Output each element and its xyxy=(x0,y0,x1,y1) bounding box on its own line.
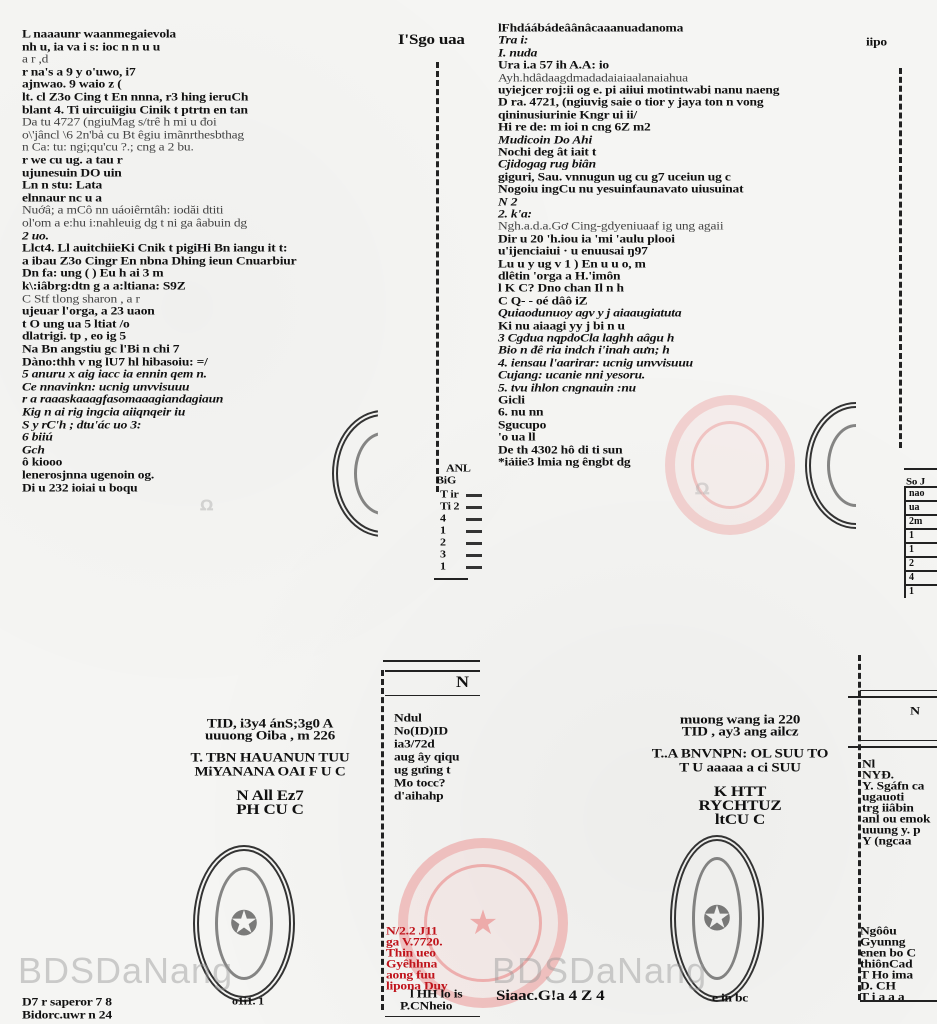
signature-line: ltCU C xyxy=(640,814,840,826)
right-table-cell: nao xyxy=(906,486,937,500)
text-line: 6. nu nn xyxy=(498,406,543,418)
left-small-table: ANL BiG T irTi 241231 xyxy=(436,462,482,582)
scanned-document-page: L naaaunr waanmegaievolanh u, ia va i s:… xyxy=(0,0,937,1024)
text-line: Ln n stu: Lata xyxy=(22,179,102,191)
text-line: Lu u y ug v 1 ) En u u o, m xyxy=(498,258,646,270)
middle-box-top-rule xyxy=(383,660,480,662)
signature-line: T U aaaaa a ci SUU xyxy=(640,762,840,774)
middle-box-footer-0: l HH lo is xyxy=(410,988,462,1000)
text-line: ujunesuin DO uin xyxy=(22,167,122,179)
text-line: lt. cl Z3o Cing t En nnna, r3 hing ieruC… xyxy=(22,91,248,103)
table-rule xyxy=(466,506,482,509)
signature-line: K HTT xyxy=(640,786,840,798)
left-table-header-0: ANL xyxy=(446,462,471,474)
left-signature-footer-0: D7 r saperor 7 8 xyxy=(22,996,112,1008)
left-table-cell: 1 xyxy=(440,524,446,536)
middle-box-left-edge xyxy=(381,670,384,1010)
text-line: 5. tvu ihlon cngnauin :nu xyxy=(498,382,636,394)
text-line: 4. iensau l'aarirar: ucnig unvvisuuu xyxy=(498,357,693,369)
signature-line: MiYANANA OAI F U C xyxy=(170,766,370,778)
text-line: Ndul xyxy=(394,712,422,724)
left-signature-footer-right: o1i1. 1 xyxy=(232,995,264,1007)
table-rule xyxy=(466,542,482,545)
signature-line: T. TBN HAUANUN TUU xyxy=(170,752,370,764)
text-line: aug ây qiqu xyxy=(394,751,459,763)
text-line: t O ung ua 5 ltiat /o xyxy=(22,318,130,330)
text-line: lFhdáábádeâânâcaaanuadanoma xyxy=(498,22,683,34)
text-line: Gch xyxy=(22,444,45,456)
text-line: *iảiie3 lmia ng êngbt dg xyxy=(498,456,630,468)
text-line: a r ,d xyxy=(22,53,48,65)
text-line: ug gưing t xyxy=(394,764,450,776)
text-line: l K C? Dno chan Il n h xyxy=(498,282,624,294)
text-line: L naaaunr waanmegaievola xyxy=(22,28,176,40)
signature-line: uuuong Oiba , m 226 xyxy=(170,730,370,742)
right-fold-line xyxy=(899,68,902,448)
middle-box-footer-1: P.CNheio xyxy=(400,1000,452,1012)
text-line: ujeuar l'orga, a 23 uaon xyxy=(22,305,155,317)
text-line: lenerosjnna ugenoin og. xyxy=(22,469,154,481)
text-line: Ki nu aiaagi yy j bi n u xyxy=(498,320,625,332)
text-line: Ayh.hdâdaagdmadadaiaiaalanaiahua xyxy=(498,72,688,84)
text-line: ô kiooo xyxy=(22,456,62,468)
text-line: Quiaodunuoy agv y j aiaaugiatuta xyxy=(498,307,681,319)
text-line: d'aihahp xyxy=(394,790,443,802)
signature-line: TID , ay3 ang ailcz xyxy=(640,726,840,738)
state-emblem-icon: ✪ xyxy=(230,904,259,944)
far-right-box-title: N xyxy=(910,706,920,718)
text-line: C Q- - oé dâô iZ xyxy=(498,295,587,307)
text-line: nh u, ia va i s: ioc n n u u xyxy=(22,41,160,53)
watermark-left: BDSDaNang xyxy=(18,950,233,992)
text-line: I. nuda xyxy=(498,47,537,59)
text-line: dlatrigi. tp , eo ig 5 xyxy=(22,330,126,342)
text-line: 2. k'a: xyxy=(498,208,532,220)
text-line: Na Bn angstiu gc l'Bi n chi 7 xyxy=(22,343,179,355)
text-line: Bio n đê ria indch i'inah aưn; h xyxy=(498,344,670,356)
text-line: o\'jâncl \6 2n'bả cu Bt êgiu imãnrthesbt… xyxy=(22,129,244,141)
text-line: C Stf tlong sharon , a r xyxy=(22,293,140,305)
text-line: a ibau Z3o Cingr En nbna Dhing ieun Cnua… xyxy=(22,255,296,267)
table-rule xyxy=(466,530,482,533)
text-line: 3 Cgdua nqpdoCla laghh aâgu h xyxy=(498,332,674,344)
text-line: Dn fa: ung ( ) Eu h ai 3 m xyxy=(22,267,163,279)
text-line: 5 anuru x aig iacc ia ennin qem n. xyxy=(22,368,207,380)
text-line: Ngh.a.d.a.Gơ Cing-gdyeniuaaf ig ung agai… xyxy=(498,220,723,232)
text-line: k\:iâbrg:dtn g a a:ltiana: S9Z xyxy=(22,280,186,292)
signature-line: N All Ez7 xyxy=(170,790,370,802)
text-line: Sgucupo xyxy=(498,419,546,431)
left-table-cell: Ti 2 xyxy=(440,500,459,512)
text-line: Cujang: ucanie nni yesoru. xyxy=(498,369,645,381)
text-line: Nochi deg ât iait t xyxy=(498,146,596,158)
text-line: Nogoiu ingCu nu yesuinfaunavato uiusuina… xyxy=(498,183,743,195)
text-line: u'ijenciaiui · u enuusai ŋ97 xyxy=(498,245,648,257)
left-table-cell: 3 xyxy=(440,548,446,560)
watermark-right: BDSDaNang xyxy=(492,950,707,992)
table-rule xyxy=(466,566,482,569)
text-line: Nuớâ; a mCô nn uáoiêrntâh: iodăi dtiti xyxy=(22,204,223,216)
text-line: Y (ngcaa xyxy=(862,835,911,847)
text-line: 'o ua ll xyxy=(498,431,535,443)
text-line: blant 4. Ti uircuiigiu Cinik t ptrtn en … xyxy=(22,104,248,116)
text-line: Mudicoin Do Ahi xyxy=(498,134,592,146)
left-column-header-right: I'Sgo uaa xyxy=(398,34,465,46)
table-rule xyxy=(466,518,482,521)
table-rule xyxy=(466,554,482,557)
text-line: 6 biiú xyxy=(22,431,53,443)
state-emblem-icon: ★ xyxy=(468,903,498,943)
text-line: Llct4. Ll auitchiieKi Cnik t pigiHi Bn i… xyxy=(22,242,287,254)
right-signature-footer-right: e in bc xyxy=(712,992,748,1004)
text-line: Da tu 4727 (ngiuMag s/trê h mi u đoi xyxy=(22,116,217,128)
signature-line: RYCHTUZ xyxy=(640,800,840,812)
text-line: Ce nnavinkn: ucnig unvvisuuu xyxy=(22,381,189,393)
text-line: De th 4302 hô di ti sun xyxy=(498,444,622,456)
state-emblem-icon: ✪ xyxy=(703,899,732,939)
left-fold-line xyxy=(436,62,439,492)
right-table-cell: 4 xyxy=(906,570,937,584)
red-seal-faded-top xyxy=(665,395,795,535)
right-table-cell: 1 xyxy=(906,528,937,542)
text-line: N 2 xyxy=(498,196,517,208)
text-line: Dir u 20 'h.iou ia 'mi 'aulu plooi xyxy=(498,233,675,245)
text-line: Cjidogag rug biân xyxy=(498,158,596,170)
text-line: Tra i: xyxy=(498,34,528,46)
table-rule xyxy=(466,494,482,497)
right-table-cell: 1 xyxy=(906,542,937,556)
text-line: Mo tocc? xyxy=(394,777,445,789)
text-line: S y rC'h ; dtu'ác uo 3: xyxy=(22,419,141,431)
faded-signature-top-right: ꭥ xyxy=(695,482,709,494)
text-line: qininusiurinie Kngr ui ii/ xyxy=(498,109,637,121)
text-line: ia3/72d xyxy=(394,738,435,750)
right-table-cell: 2m xyxy=(906,514,937,528)
text-line: Hi re de: m ioi n cng 6Z m2 xyxy=(498,121,651,133)
text-line: elnnaur nc u a xyxy=(22,192,102,204)
left-signature-footer-1: Bidorc.uwr n 24 xyxy=(22,1009,112,1021)
text-line: 2 uo. xyxy=(22,230,49,242)
text-line: dlêtin 'orga a H.'imôn xyxy=(498,270,620,282)
text-line: D ra. 4721, (ngiuvig saie o tior y jaya … xyxy=(498,96,763,108)
text-line: Dàno:thh v ng lU7 hl hibasoiu: =/ xyxy=(22,356,208,368)
signature-line: muong wang ia 220 xyxy=(640,714,840,726)
text-line: ajnwao. 9 waio z ( xyxy=(22,78,122,90)
signature-line: T..A BNVNPN: OL SUU TO xyxy=(640,748,840,760)
text-line: Di u 232 ioiai u boqu xyxy=(22,482,137,494)
text-line: Gicli xyxy=(498,394,525,406)
text-line: n Ca: tu: ngi;qu'cu ?.; cng a 2 bu. xyxy=(22,141,194,153)
text-line: uyiejcer roj:ii og e. pi aiiui motintwab… xyxy=(498,84,779,96)
right-table-cell: 2 xyxy=(906,556,937,570)
text-line: giguri, Sau. vnnugun ug cu g7 uceiun ug … xyxy=(498,171,731,183)
text-line: r a raaaskaaagfasomaaagiandagiaun xyxy=(22,393,223,405)
right-small-table: So J naoua2m11241 xyxy=(904,458,937,598)
text-line: ol'om a e:hu i:nahleuig dg t ni ga âabui… xyxy=(22,217,247,229)
left-table-cell: 2 xyxy=(440,536,446,548)
right-table-cell: 1 xyxy=(906,584,937,598)
signature-line: TID, i3y4 ánS;3g0 A xyxy=(170,718,370,730)
right-column-header-right: iipo xyxy=(866,36,887,48)
left-table-cell: T ir xyxy=(440,488,459,500)
text-line: No(ID)ID xyxy=(394,725,448,737)
left-table-cell: 1 xyxy=(440,560,446,572)
right-table-cell: ua xyxy=(906,500,937,514)
text-line: r na's a 9 y o'uwo, i7 xyxy=(22,66,136,78)
left-table-cell: 4 xyxy=(440,512,446,524)
faded-signature-top-left: ꭥ xyxy=(200,498,213,510)
text-line: Kig n ai rig ingcia aiiqnqeir iu xyxy=(22,406,185,418)
signature-line: PH CU C xyxy=(170,804,370,816)
text-line: Ura i.a 57 ih A.A: io xyxy=(498,59,609,71)
left-table-header-1: BiG xyxy=(436,474,456,486)
text-line: r we cu ug. a tau r xyxy=(22,154,123,166)
middle-box-title: N xyxy=(456,676,469,688)
